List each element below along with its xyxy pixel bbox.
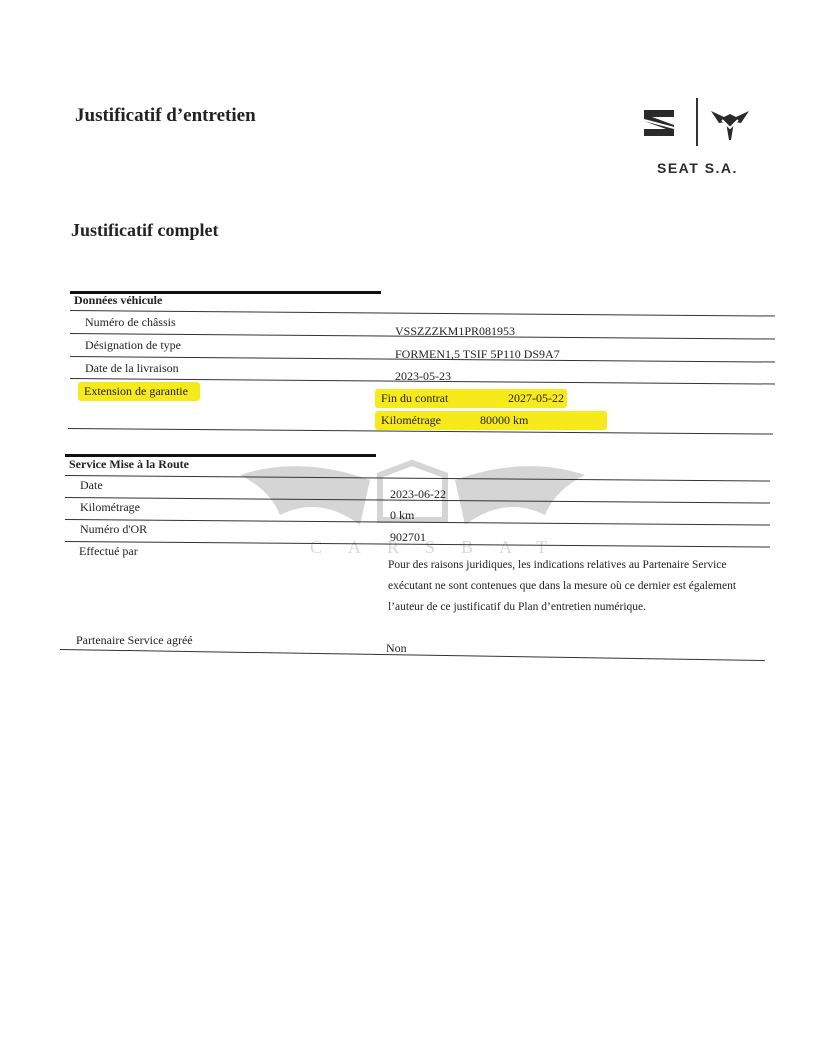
document-title: Justificatif d’entretien (75, 105, 256, 127)
service-heading: Service Mise à la Route (69, 457, 189, 472)
warranty-mileage-value: 80000 km (480, 413, 528, 428)
logo-divider (696, 98, 698, 146)
contract-end-row: Fin du contrat 2027-05-22 (375, 389, 567, 408)
row-divider (60, 649, 765, 661)
approved-partner-label: Partenaire Service agréé (76, 633, 193, 648)
brand-logo: SEAT S.A. (640, 98, 760, 188)
service-date-label: Date (80, 478, 103, 493)
row-divider (65, 519, 770, 526)
cupra-logo-icon (710, 108, 750, 142)
service-mileage-label: Kilométrage (80, 500, 140, 515)
warranty-mileage-row: Kilométrage 80000 km (375, 411, 607, 430)
chassis-number-label: Numéro de châssis (85, 315, 176, 330)
seat-logo-icon (642, 108, 676, 138)
vehicle-data-heading: Données véhicule (74, 293, 162, 308)
row-divider (65, 475, 770, 482)
brand-name: SEAT S.A. (657, 160, 738, 176)
performed-by-note: Pour des raisons juridiques, les indicat… (388, 555, 758, 618)
order-number-label: Numéro d'OR (80, 522, 147, 537)
type-designation-label: Désignation de type (85, 338, 181, 353)
performed-by-label: Effectué par (79, 544, 138, 559)
warranty-mileage-label: Kilométrage (381, 413, 441, 427)
contract-end-value: 2027-05-22 (508, 391, 564, 406)
delivery-date-label: Date de la livraison (85, 361, 179, 376)
contract-end-label: Fin du contrat (381, 391, 448, 405)
warranty-extension-label: Extension de garantie (78, 382, 200, 401)
section-subtitle: Justificatif complet (71, 220, 218, 241)
